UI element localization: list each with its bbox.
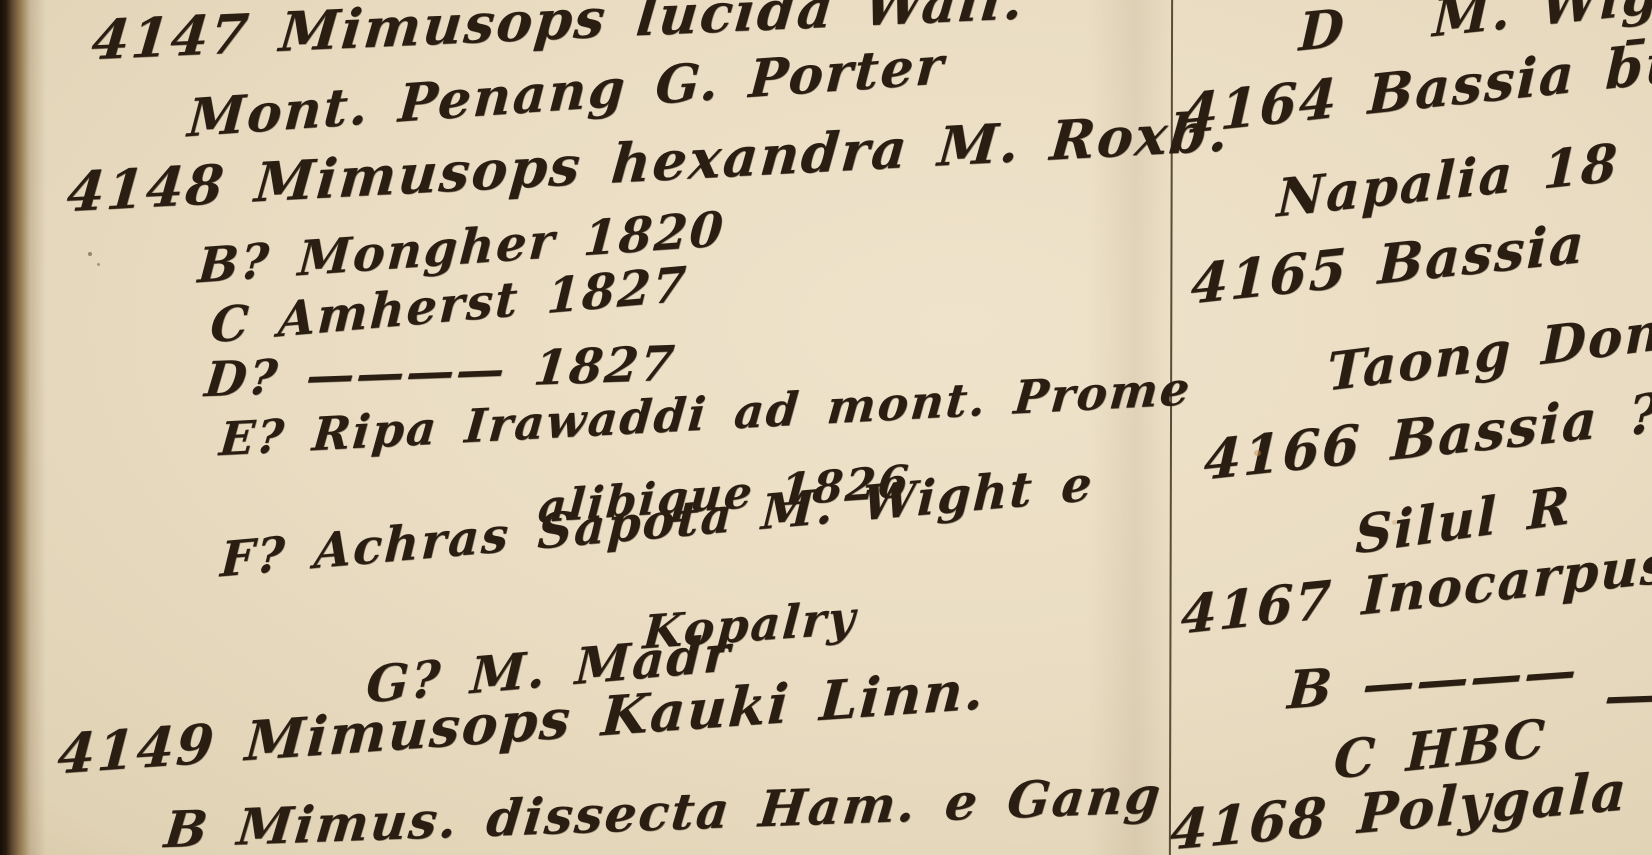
ink-speck [88,252,92,256]
paper-stain [1254,450,1261,456]
handwritten-line: 4166 Bassia ? [1203,380,1652,493]
paper-stain [1392,520,1397,525]
book-edge-shadow [0,0,46,855]
ink-speck [97,263,100,266]
handwritten-line: —— [1602,662,1652,727]
handwritten-line: B Mimus. dissecta Ham. e Gang [162,765,1165,855]
manuscript-page: 4147 Mimusops lucida Wall.Mont. Penang G… [0,0,1652,855]
